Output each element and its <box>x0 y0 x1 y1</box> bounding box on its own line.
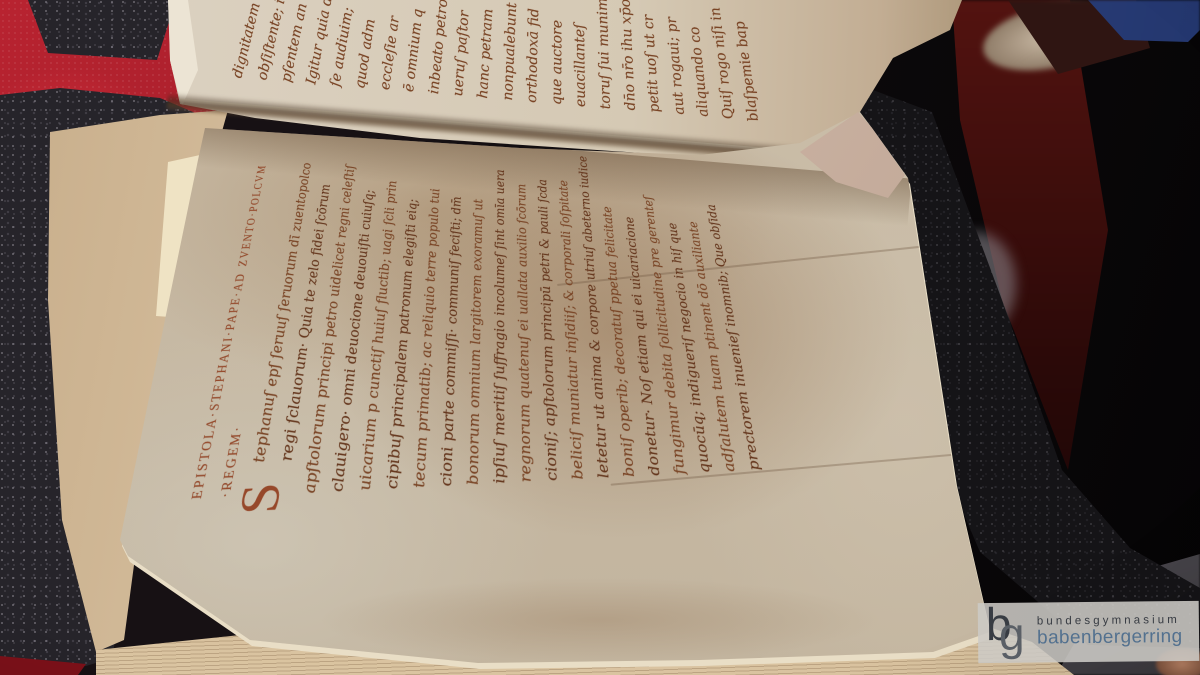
upper-page-line: quod adm <box>351 17 380 89</box>
manuscript-line: ipſiuſ meritiſ ſuffragio incolumeſ ſint … <box>486 182 512 484</box>
logo-text: bundesgymnasium babenbergerring <box>1037 614 1191 650</box>
upper-page-line: euacillanteſ <box>571 23 590 107</box>
upper-page-line: aut rogaui; pr <box>662 16 688 115</box>
upper-page-line: toruſ ſui munim <box>594 0 615 109</box>
watermark-logo: b g bundesgymnasium babenbergerring <box>978 601 1200 663</box>
logo-monogram: b g <box>986 604 1031 662</box>
upper-page-line: eccleſie ar <box>376 15 404 91</box>
manuscript-text: S EPISTOLA·STEPHANI·PAPE·AD ZVENTO·POLCV… <box>182 180 767 500</box>
upper-page-line: ueruſ paſtor <box>449 10 474 97</box>
upper-page-line: petit uoſ ut cr <box>640 14 665 113</box>
upper-page-line: inbeato petro <box>425 0 452 95</box>
photo-scene: dignitatemobſiſtente; inpſentem anIgitur… <box>0 0 1200 675</box>
upper-page-line: orthodoxā fid <box>523 8 543 103</box>
logo-text-line2: babenbergerring <box>1037 626 1191 650</box>
upper-page-line: nonpualebunt <box>499 2 521 101</box>
upper-page-line: dn̄o nr̄o ihu xp̄o <box>616 0 639 111</box>
upper-page-line: que auctore <box>548 20 567 105</box>
upper-page-line: hanc petram <box>474 8 497 99</box>
logo-letter-g: g <box>999 605 1025 663</box>
upper-page-line: ē omnium q <box>400 8 428 93</box>
